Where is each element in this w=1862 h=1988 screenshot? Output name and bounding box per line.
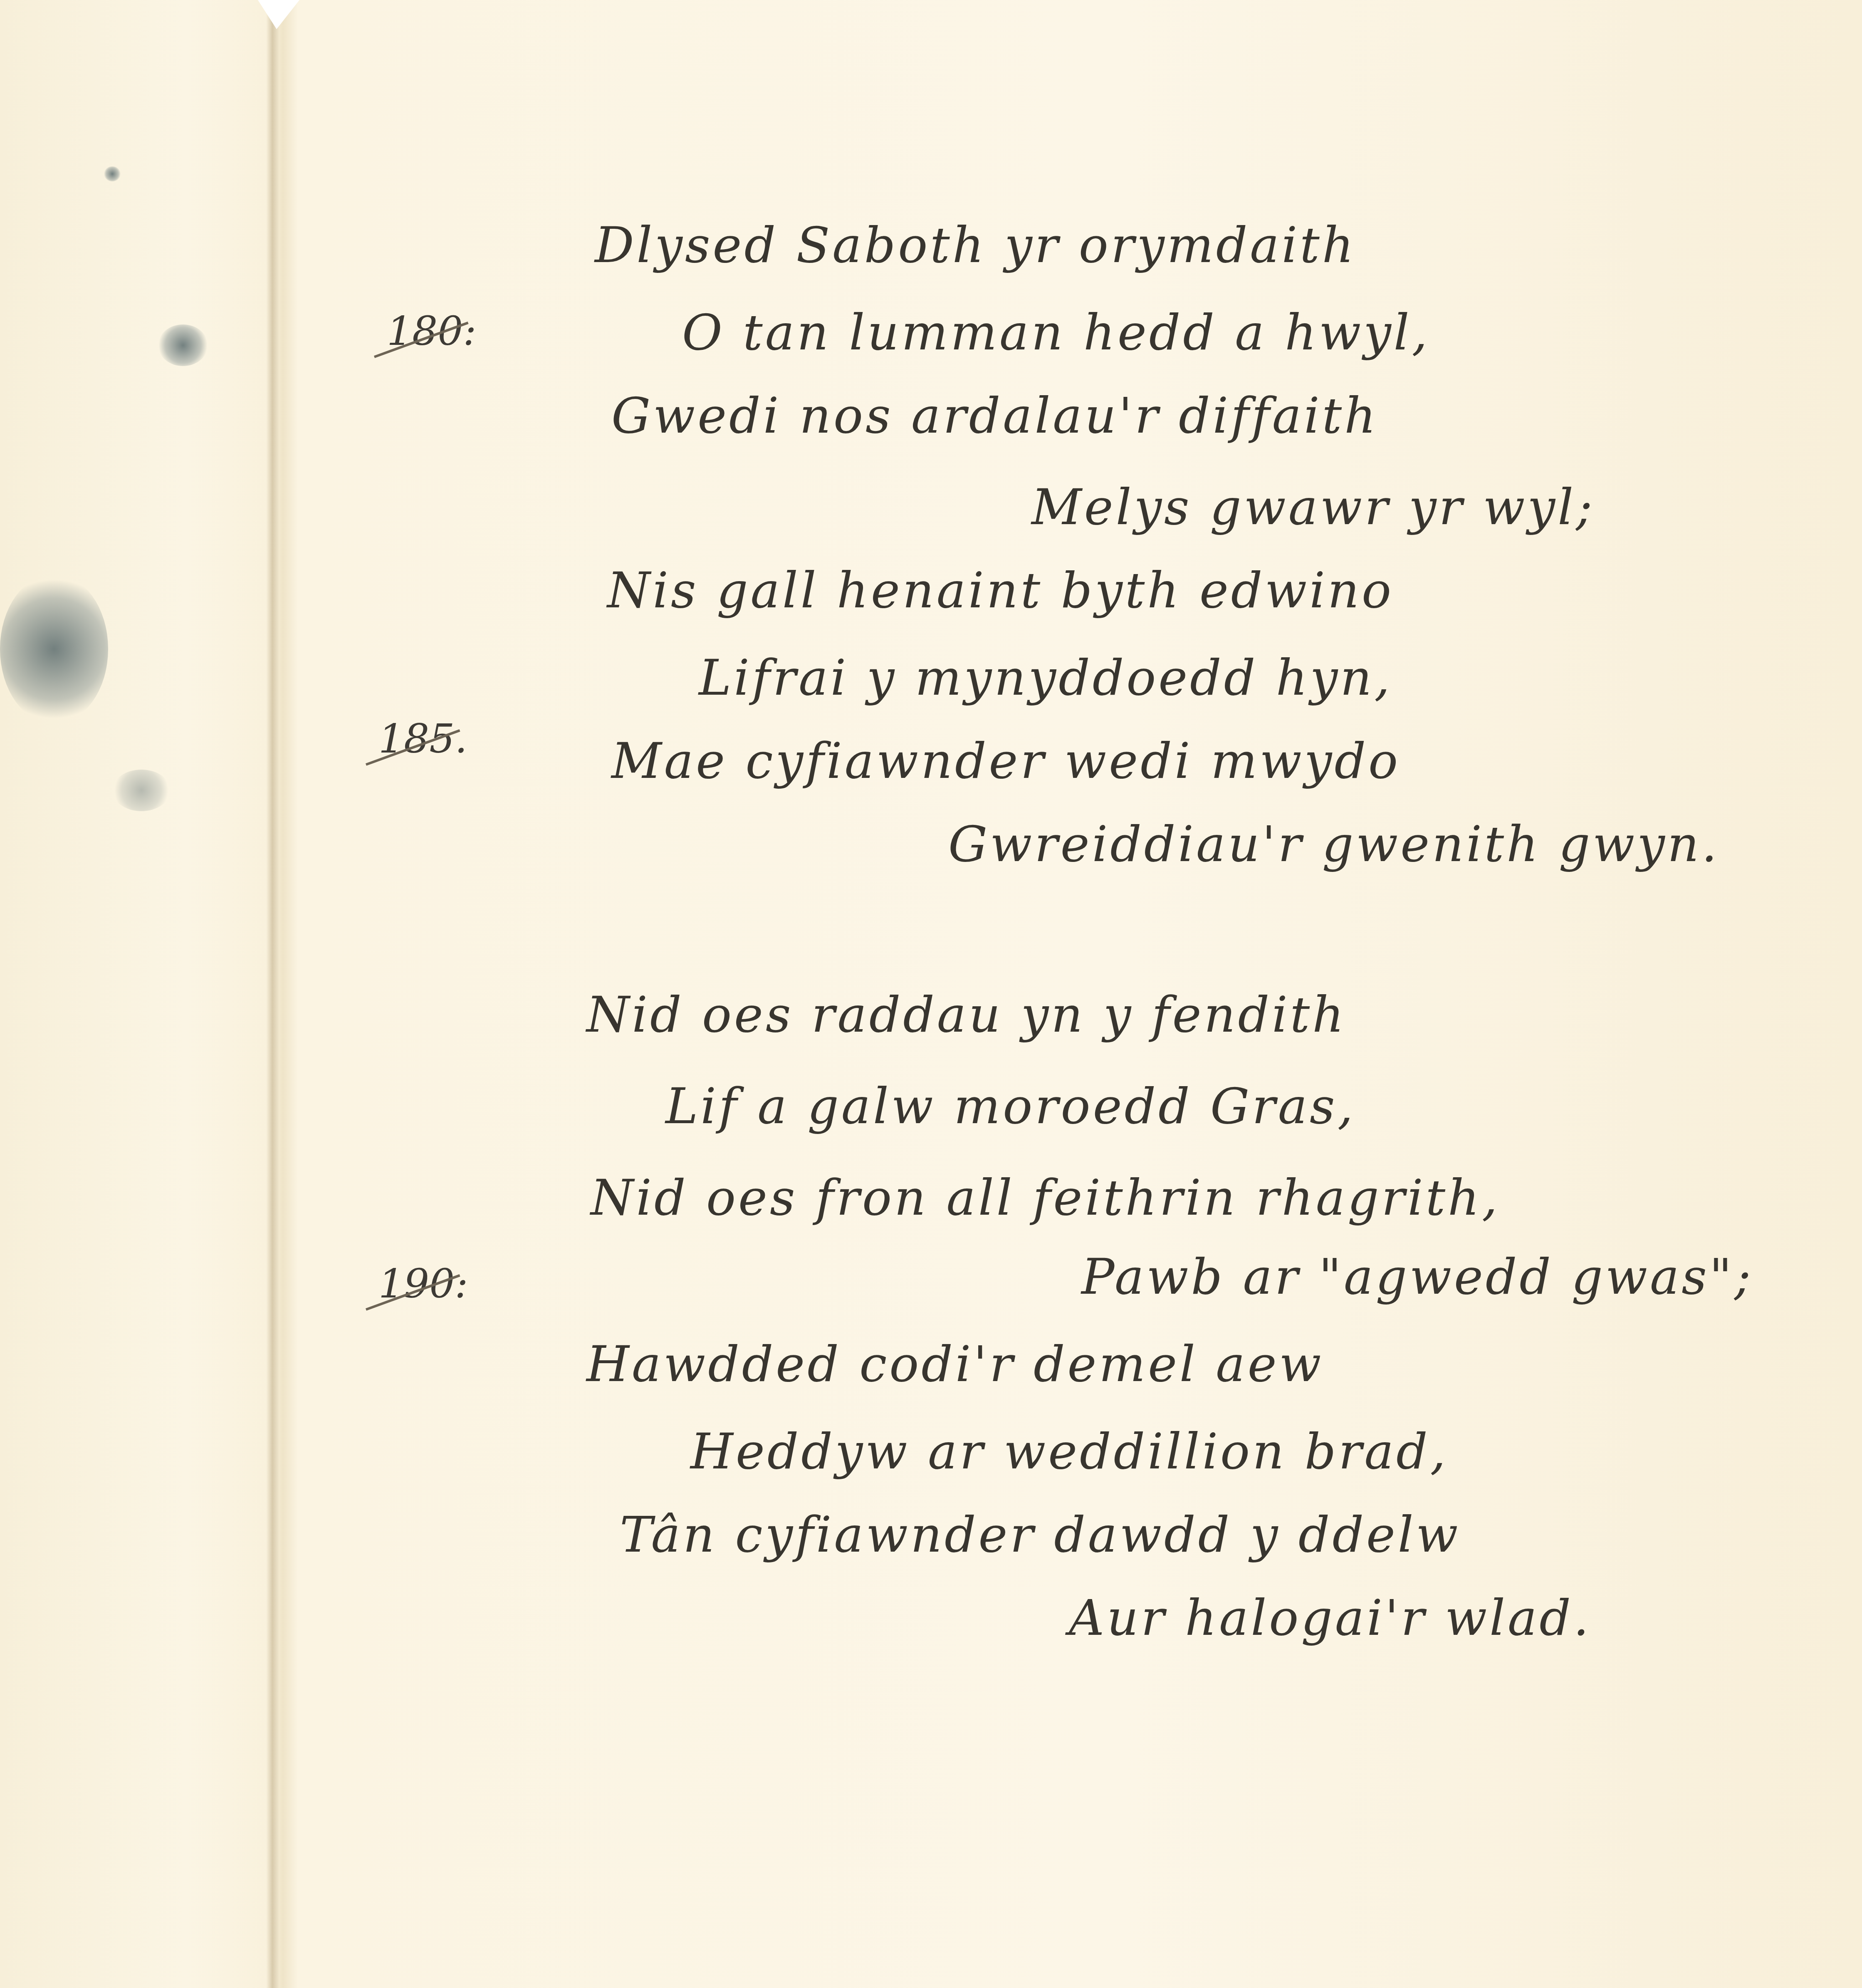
verse-line: Melys gwawr yr wyl;: [1031, 478, 1595, 536]
ink-stain: [158, 324, 208, 366]
verse-line: Heddyw ar weddillion brad,: [690, 1423, 1448, 1480]
verse-line: Dlysed Saboth yr orymdaith: [595, 216, 1356, 274]
verse-line: Aur halogai'r wlad.: [1069, 1589, 1591, 1646]
ink-stain: [104, 166, 121, 181]
page-fold-crease: [266, 0, 279, 1988]
verse-line: Lifrai y mynyddoedd hyn,: [699, 649, 1392, 706]
verse-line: Hawdded codi'r demel aew: [586, 1335, 1324, 1393]
verse-line: O tan lumman hedd a hwyl,: [682, 304, 1430, 361]
verse-line: Mae cyfiawnder wedi mwydo: [611, 732, 1400, 790]
verse-line: Gwreiddiau'r gwenith gwyn.: [948, 815, 1720, 873]
verse-line: Pawb ar "agwedd gwas";: [1081, 1248, 1753, 1305]
verse-line: Nid oes fron all feithrin rhagrith,: [591, 1169, 1500, 1226]
line-number-190: 190:: [378, 1260, 468, 1307]
manuscript-page: 180: 185. 190: Dlysed Saboth yr orymdait…: [0, 0, 1862, 1988]
verse-line: Lif a galw moroedd Gras,: [665, 1077, 1355, 1135]
ink-stain: [112, 770, 171, 811]
torn-notch: [258, 0, 299, 29]
verse-line: Tân cyfiawnder dawdd y ddelw: [620, 1506, 1461, 1563]
verse-line: Gwedi nos ardalau'r diffaith: [611, 387, 1378, 444]
verse-line: Nis gall henaint byth edwino: [607, 562, 1394, 619]
line-number-185: 185.: [378, 715, 467, 762]
line-number-180: 180:: [387, 308, 477, 354]
ink-stain: [0, 574, 108, 724]
verse-line: Nid oes raddau yn y fendith: [586, 986, 1346, 1043]
